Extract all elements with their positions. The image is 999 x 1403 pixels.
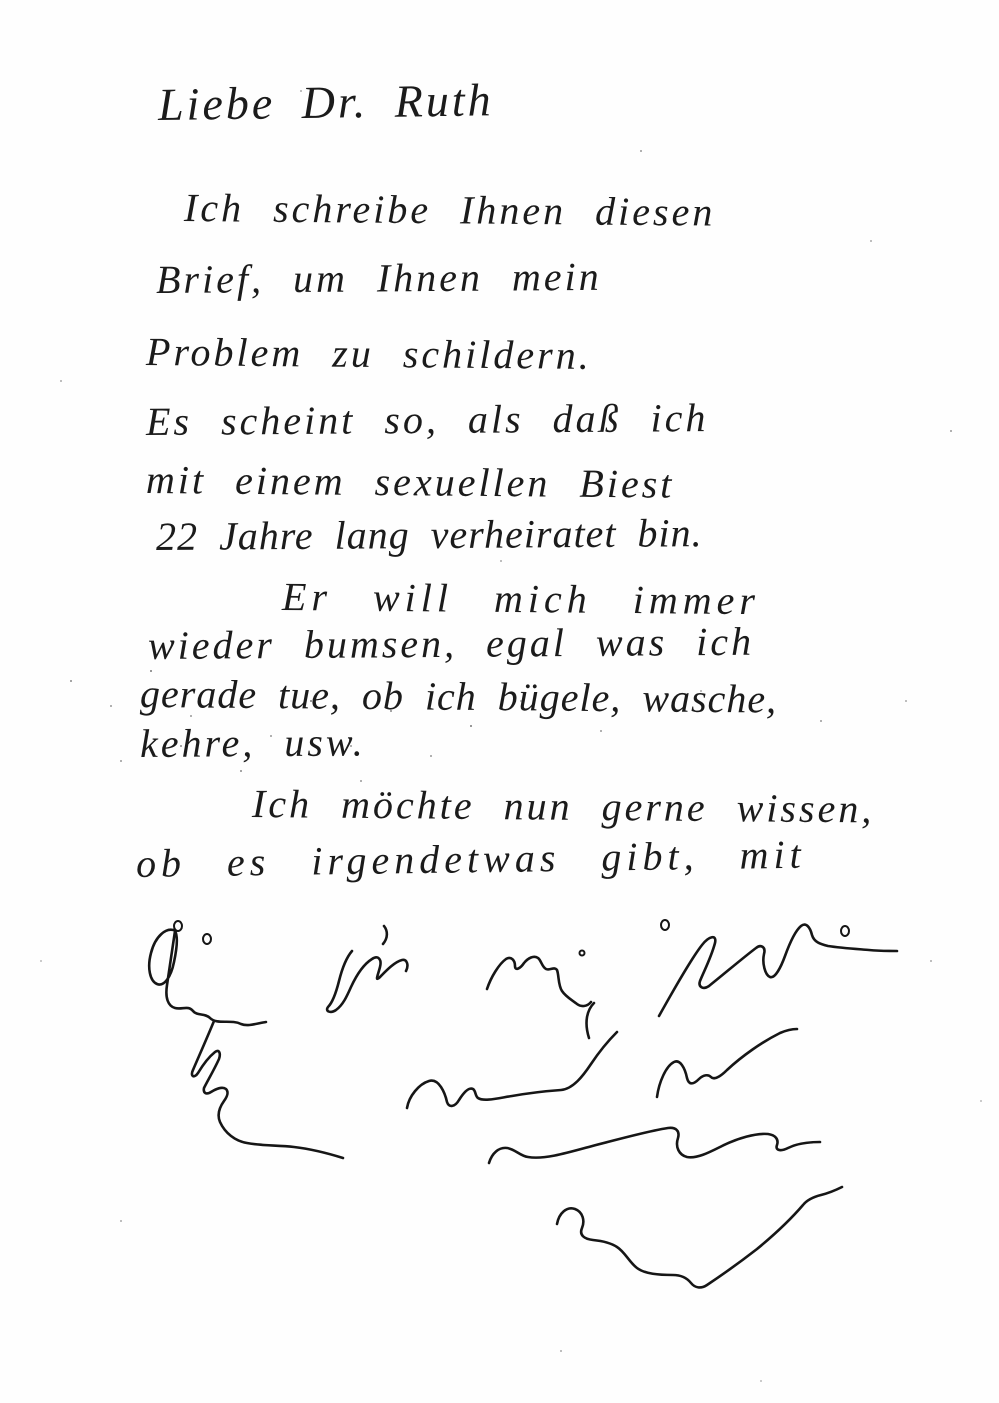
scribble-wave-2 <box>657 1029 797 1097</box>
scanned-letter-page: Liebe Dr. Ruth Ich schreibe Ihnen diesen… <box>0 0 999 1403</box>
scribble-zigzag <box>192 1021 343 1158</box>
scribble-dot <box>841 926 849 936</box>
scribble-word-fragment-3 <box>487 957 591 1006</box>
scribble-dot <box>174 921 182 931</box>
illegible-scribbles <box>0 0 999 1403</box>
scribble-word-fragment-2 <box>327 951 407 1012</box>
scribble-dot <box>203 934 211 944</box>
scribble-apostrophe <box>383 926 387 944</box>
scribble-dot <box>580 951 585 956</box>
scribble-wave-1 <box>407 1032 617 1108</box>
scribble-long-wave <box>489 1128 820 1163</box>
scribble-hook <box>587 1003 594 1038</box>
scribble-word-fragment-4 <box>659 925 897 1016</box>
scribble-bottom-wave <box>557 1187 842 1287</box>
scribble-dot <box>661 920 669 930</box>
